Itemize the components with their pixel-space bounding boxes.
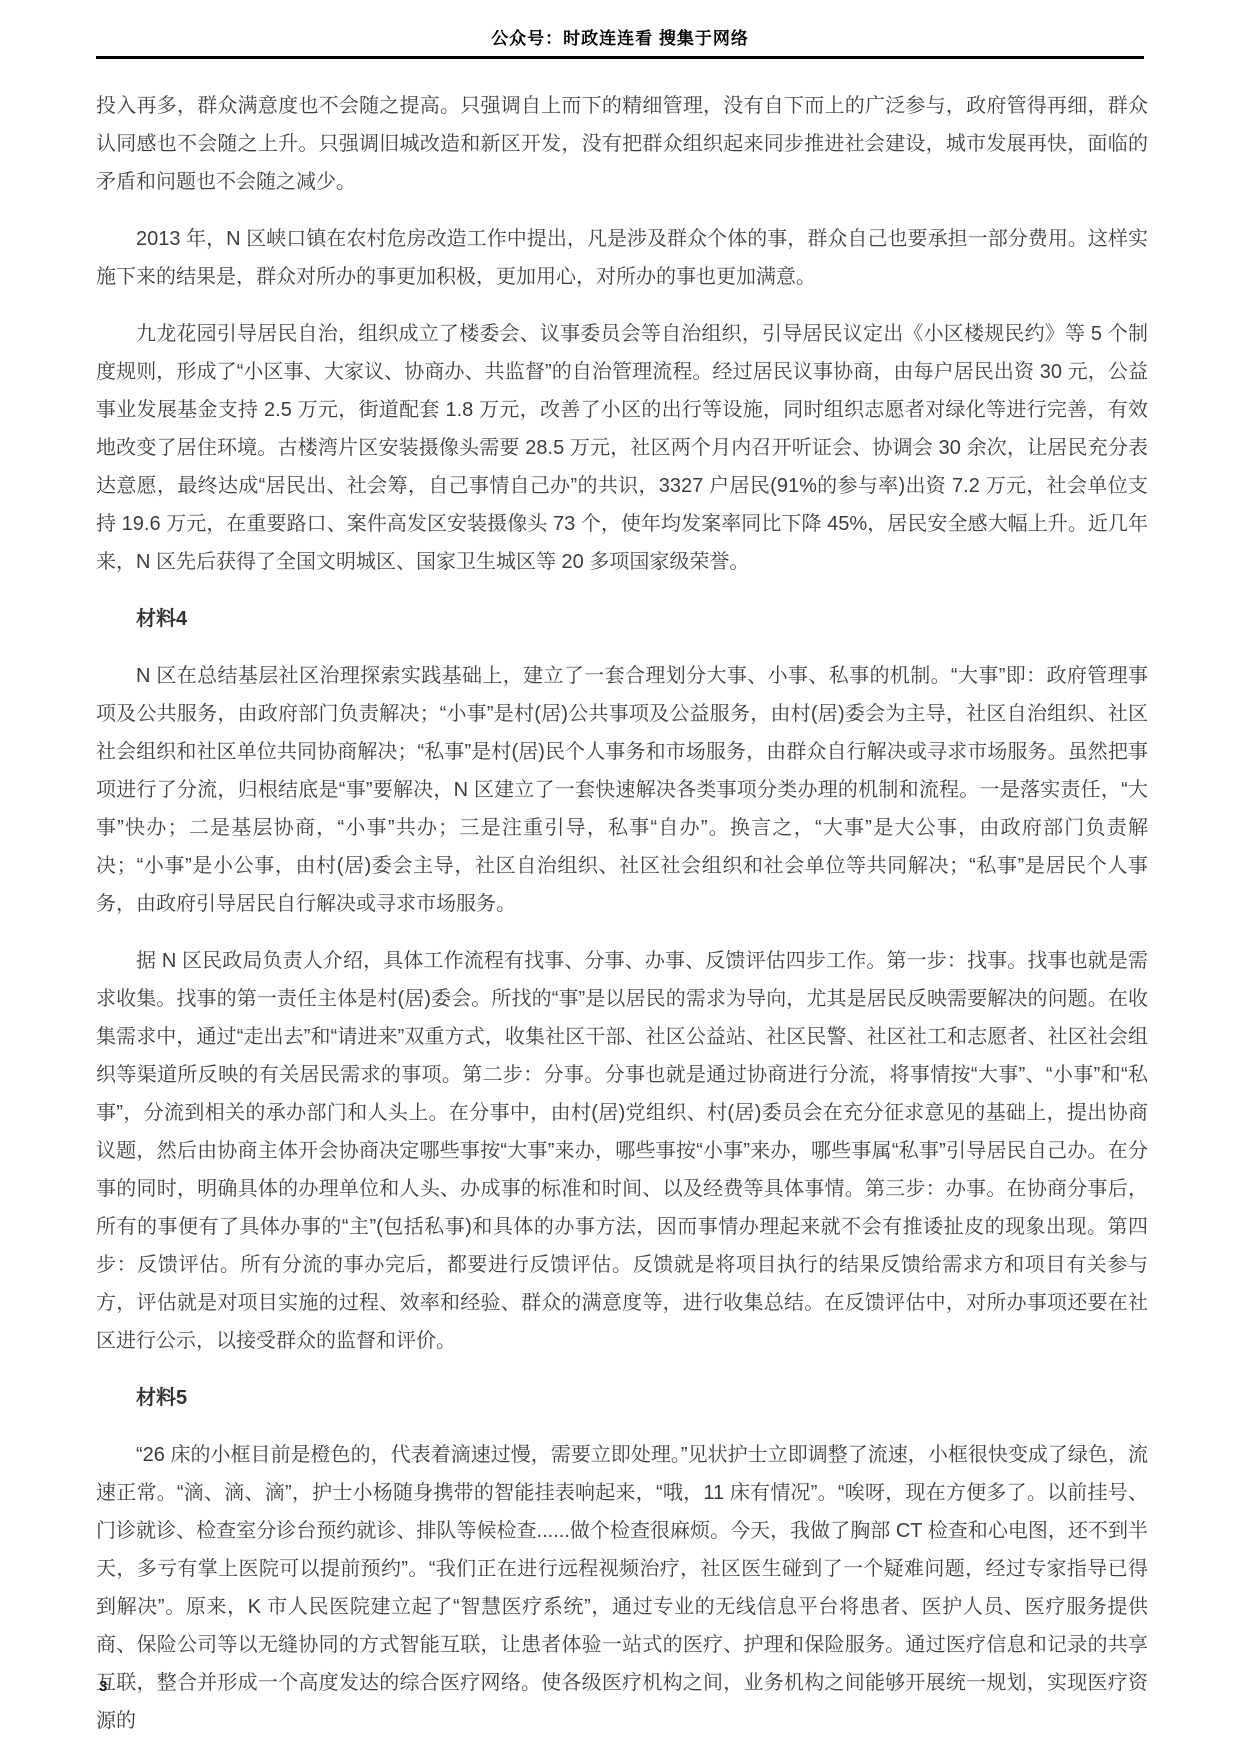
document-page: 公众号：时政连连看 搜集于网络 投入再多，群众满意度也不会随之提高。只强调自上而… bbox=[0, 0, 1240, 1754]
page-number: 3 bbox=[99, 1678, 107, 1695]
paragraph: 九龙花园引导居民自治，组织成立了楼委会、议事委员会等自治组织，引导居民议定出《小… bbox=[96, 315, 1148, 581]
paragraph: N 区在总结基层社区治理探索实践基础上，建立了一套合理划分大事、小事、私事的机制… bbox=[96, 657, 1148, 923]
paragraph: 据 N 区民政局负责人介绍，具体工作流程有找事、分事、办事、反馈评估四步工作。第… bbox=[96, 942, 1148, 1360]
section-heading-material-5: 材料5 bbox=[96, 1379, 1148, 1417]
paragraph: 2013 年，N 区峡口镇在农村危房改造工作中提出，凡是涉及群众个体的事，群众自… bbox=[96, 220, 1148, 296]
page-header: 公众号：时政连连看 搜集于网络 bbox=[0, 0, 1240, 51]
document-body: 投入再多，群众满意度也不会随之提高。只强调自上而下的精细管理，没有自下而上的广泛… bbox=[96, 87, 1148, 1740]
header-divider bbox=[96, 56, 1144, 59]
paragraph: “26 床的小框目前是橙色的，代表着滴速过慢，需要立即处理。”见状护士立即调整了… bbox=[96, 1436, 1148, 1740]
header-title: 公众号：时政连连看 搜集于网络 bbox=[491, 29, 749, 48]
paragraph-continuation: 投入再多，群众满意度也不会随之提高。只强调自上而下的精细管理，没有自下而上的广泛… bbox=[96, 87, 1148, 201]
section-heading-material-4: 材料4 bbox=[96, 600, 1148, 638]
